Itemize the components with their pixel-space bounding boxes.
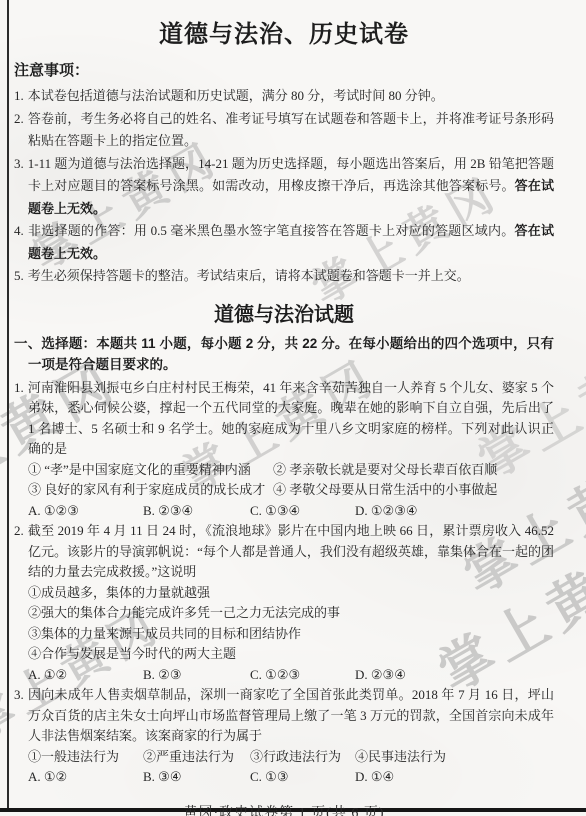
question-body-text: 截至 2019 年 4 月 11 日 24 时，《流浪地球》影片在中国内地上映 …	[28, 523, 554, 579]
section-intro: 一、选择题：本题共 11 小题，每小题 2 分，共 22 分。在每小题给出的四个…	[14, 333, 554, 375]
sub-option: ③ 良好的家风有利于家庭成员的成长成才	[28, 480, 273, 501]
note-number: 2.	[14, 111, 28, 126]
question-number: 2.	[14, 523, 28, 538]
exam-title: 道德与法治、历史试卷	[14, 14, 554, 49]
notice-item: 4.非选择题的作答：用 0.5 毫米黑色墨水签字笔直接答在答题卡上对应的答题区域…	[14, 220, 554, 265]
sub-option: ③集体的力量来源于成员共同的目标和团结协作	[28, 624, 554, 645]
note-text: 非选择题的作答：用 0.5 毫米黑色墨水签字笔直接答在答题卡上对应的答题区域内。	[28, 223, 515, 238]
sub-options: ①一般违法行为 ②严重违法行为 ③行政违法行为 ④民事违法行为	[28, 747, 554, 768]
question-1: 1.河南淮阳县刘振屯乡白庄村村民王梅荣，41 年来含辛茹苦独自一人养育 5 个儿…	[14, 378, 554, 522]
sub-options: ① “孝”是中国家庭文化的重要精神内涵 ② 孝亲敬长就是要对父母长辈百依百顺 ③…	[28, 460, 554, 501]
choice-a: A. ①②	[28, 665, 143, 686]
choice-b: B. ③④	[143, 767, 250, 788]
question-body-text: 河南淮阳县刘振屯乡白庄村村民王梅荣，41 年来含辛茹苦独自一人养育 5 个儿女、…	[28, 380, 554, 457]
choice-b: B. ②③④	[143, 501, 250, 522]
question-2: 2.截至 2019 年 4 月 11 日 24 时，《流浪地球》影片在中国内地上…	[14, 521, 554, 685]
notice-item: 3.1-11 题为道德与法治选择题，14-21 题为历史选择题，每小题选出答案后…	[14, 153, 554, 221]
choice-c: C. ①③④	[250, 501, 355, 522]
sub-option: ①一般违法行为	[28, 747, 143, 768]
sub-options: ①成员越多，集体的力量就越强 ②强大的集体合力能完成许多凭一己之力无法完成的事 …	[14, 583, 554, 665]
page-content: 道德与法治、历史试卷 注意事项： 1.本试卷包括道德与法治试题和历史试题，满分 …	[14, 0, 554, 816]
question-number: 3.	[14, 687, 28, 702]
question-text: 2.截至 2019 年 4 月 11 日 24 时，《流浪地球》影片在中国内地上…	[14, 521, 554, 583]
answer-choices: A. ①②③ B. ②③④ C. ①③④ D. ①②③④	[28, 501, 554, 522]
section-heading: 道德与法治试题	[14, 298, 554, 327]
note-number: 4.	[14, 223, 28, 238]
note-text: 1-11 题为道德与法治选择题，14-21 题为历史选择题，每小题选出答案后，用…	[28, 156, 554, 194]
sub-option: ① “孝”是中国家庭文化的重要精神内涵	[28, 460, 273, 481]
choice-c: C. ①②③	[250, 665, 355, 686]
sub-option: ②严重违法行为	[143, 747, 250, 768]
notice-item: 1.本试卷包括道德与法治试题和历史试题，满分 80 分，考试时间 80 分钟。	[14, 85, 554, 108]
left-border-line	[7, 0, 9, 810]
answer-choices: A. ①② B. ③④ C. ①③ D. ①④	[28, 767, 554, 788]
note-number: 3.	[14, 156, 28, 171]
choice-d: D. ①②③④	[355, 501, 554, 522]
question-text: 1.河南淮阳县刘振屯乡白庄村村民王梅荣，41 年来含辛茹苦独自一人养育 5 个儿…	[14, 378, 554, 460]
choice-d: D. ②③④	[355, 665, 554, 686]
note-number: 5.	[14, 268, 28, 283]
sub-option: ④民事违法行为	[355, 747, 554, 768]
note-number: 1.	[14, 88, 28, 103]
question-3: 3.因向未成年人售卖烟草制品，深圳一商家吃了全国首张此类罚单。2018 年 7 …	[14, 685, 554, 788]
answer-choices: A. ①② B. ②③ C. ①②③ D. ②③④	[28, 665, 554, 686]
choice-a: A. ①②③	[28, 501, 143, 522]
note-text: 考生必须保持答题卡的整洁。考试结束后，请将本试题卷和答题卡一并上交。	[28, 268, 470, 283]
question-text: 3.因向未成年人售卖烟草制品，深圳一商家吃了全国首张此类罚单。2018 年 7 …	[14, 685, 554, 747]
notice-item: 2.答卷前，考生务必将自己的姓名、准考证号填写在试题卷和答题卡上，并将准考证号条…	[14, 108, 554, 153]
sub-option: ② 孝亲敬长就是要对父母长辈百依百顺	[273, 460, 554, 481]
sub-option: ④ 孝敬父母要从日常生活中的小事做起	[273, 480, 554, 501]
note-text: 答卷前，考生务必将自己的姓名、准考证号填写在试题卷和答题卡上，并将准考证号条形码…	[28, 111, 554, 149]
choice-d: D. ①④	[355, 767, 554, 788]
question-number: 1.	[14, 380, 28, 395]
choice-a: A. ①②	[28, 767, 143, 788]
exam-paper-page: 掌上黄冈 掌上黄冈 掌上黄冈 掌上黄冈 掌上黄冈 掌上黄冈 掌上黄冈 掌上黄冈 …	[0, 0, 586, 816]
sub-option: ②强大的集体合力能完成许多凭一己之力无法完成的事	[28, 603, 554, 624]
sub-option: ③行政违法行为	[250, 747, 355, 768]
notice-item: 5.考生必须保持答题卡的整洁。考试结束后，请将本试题卷和答题卡一并上交。	[14, 265, 554, 288]
note-text: 本试卷包括道德与法治试题和历史试题，满分 80 分，考试时间 80 分钟。	[28, 88, 444, 103]
sub-option: ④合作与发展是当今时代的两大主题	[28, 644, 554, 665]
question-body-text: 因向未成年人售卖烟草制品，深圳一商家吃了全国首张此类罚单。2018 年 7 月 …	[28, 687, 554, 743]
notice-heading: 注意事项：	[14, 59, 554, 80]
choice-b: B. ②③	[143, 665, 250, 686]
page-footer: 黄冈·政史试卷第 1 页(共 6 页)	[14, 802, 554, 816]
choice-c: C. ①③	[250, 767, 355, 788]
sub-option: ①成员越多，集体的力量就越强	[28, 583, 554, 604]
